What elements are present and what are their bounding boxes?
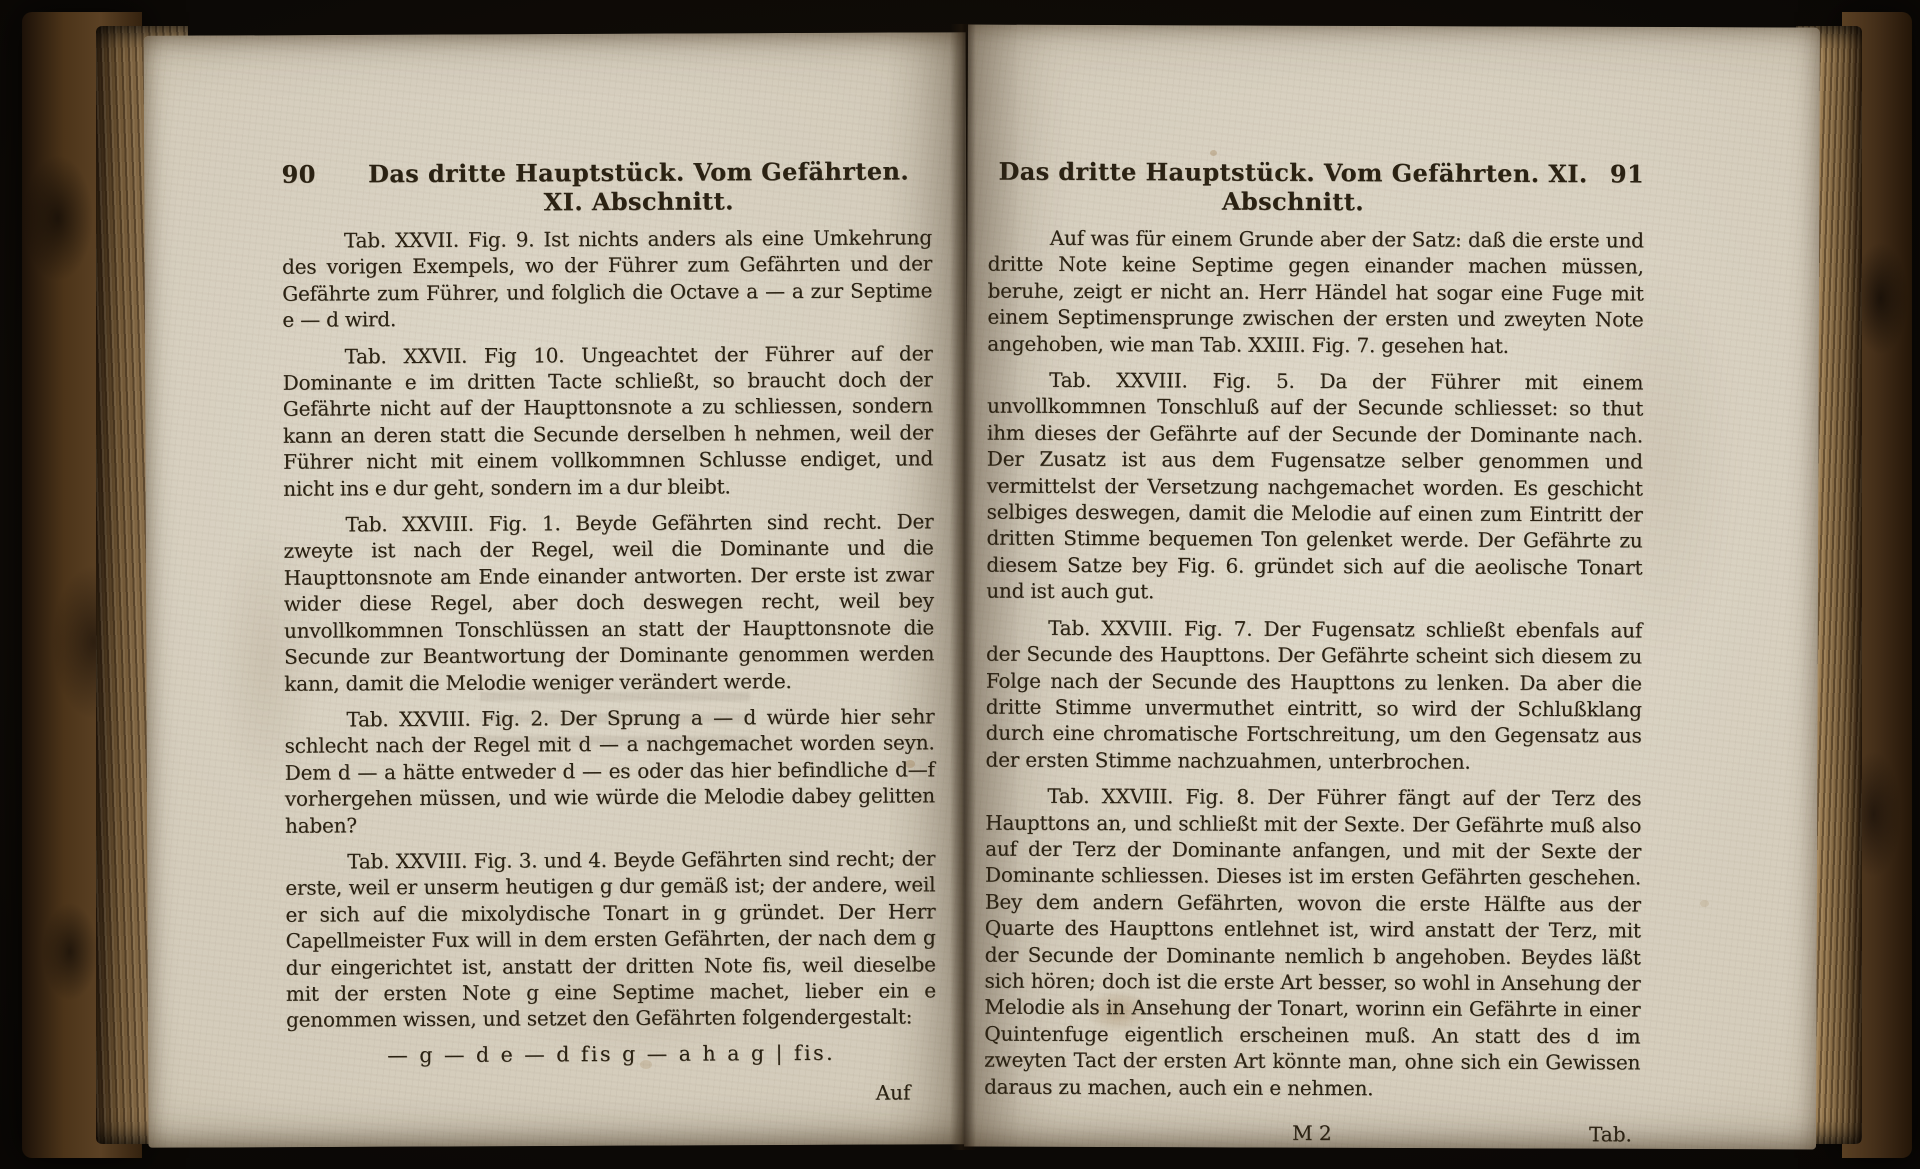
- right-running-title: Das dritte Hauptstück. Vom Gefährten. XI…: [988, 157, 1598, 218]
- right-running-head: Das dritte Hauptstück. Vom Gefährten. XI…: [988, 157, 1644, 218]
- book-photo: 90 Das dritte Hauptstück. Vom Gefährten.…: [0, 0, 1920, 1169]
- paragraph-tab28-fig8: Tab. XXVIII. Fig. 8. Der Führer fängt au…: [984, 783, 1641, 1103]
- right-catchword: Tab.: [1589, 1122, 1632, 1146]
- note-sequence-line: — g — d e — d fis g — a h a g | fis.: [286, 1040, 936, 1067]
- left-running-head: 90 Das dritte Hauptstück. Vom Gefährten.…: [282, 156, 932, 217]
- paragraph-tab28-fig5: Tab. XXVIII. Fig. 5. Da der Führer mit e…: [986, 367, 1643, 608]
- right-page-text: Das dritte Hauptstück. Vom Gefährten. XI…: [984, 157, 1644, 1147]
- paragraph-septime-satz: Auf was für einem Grunde aber der Satz: …: [987, 225, 1644, 360]
- left-catchword: Auf: [286, 1080, 936, 1107]
- signature-row: M 2 Tab.: [984, 1120, 1640, 1147]
- paragraph-tab28-fig3-4: Tab. XXVIII. Fig. 3. und 4. Beyde Gefähr…: [285, 845, 936, 1033]
- paragraph-tab28-fig7: Tab. XXVIII. Fig. 7. Der Fugensatz schli…: [985, 614, 1642, 775]
- book-gutter: [950, 24, 976, 1150]
- paragraph-tab27-fig9: Tab. XXVII. Fig. 9. Ist nichts anders al…: [282, 224, 933, 333]
- paragraph-tab28-fig1: Tab. XXVIII. Fig. 1. Beyde Gefährten sin…: [283, 508, 934, 696]
- right-page-number: 91: [1598, 159, 1644, 188]
- left-page-text: 90 Das dritte Hauptstück. Vom Gefährten.…: [282, 156, 937, 1107]
- paragraph-tab27-fig10: Tab. XXVII. Fig 10. Ungeachtet der Führe…: [282, 340, 933, 502]
- paragraph-tab28-fig2: Tab. XXVIII. Fig. 2. Der Sprung a — d wü…: [284, 703, 935, 838]
- left-running-title: Das dritte Hauptstück. Vom Gefährten. XI…: [346, 156, 932, 217]
- gathering-signature: M 2: [1292, 1121, 1332, 1145]
- left-page-number: 90: [282, 159, 346, 188]
